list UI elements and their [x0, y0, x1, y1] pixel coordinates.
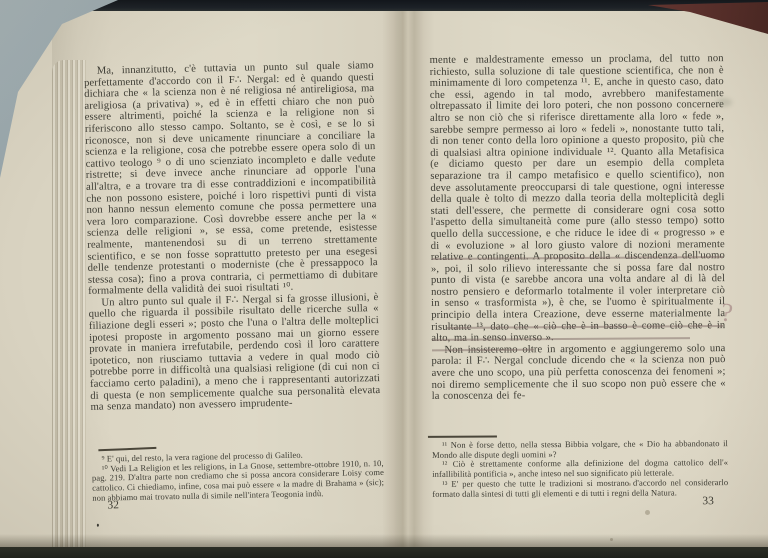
right-page-footnotes: ¹¹ Non è forse detto, nella stessa Bibbi…: [432, 439, 728, 499]
cover-bottom-edge: [0, 547, 768, 558]
page-bottom-shadow: [0, 534, 768, 547]
paper-speck: [628, 483, 631, 486]
book-scan-root: Ma, innanzitutto, c'è tuttavia un punto …: [0, 0, 768, 558]
paper-speck: [645, 510, 650, 515]
footnote-rule-right: [428, 436, 497, 438]
paper-smudge: [716, 98, 732, 107]
footnote: ¹³ E' per questo che tutte le tradizioni…: [432, 478, 728, 499]
book-gutter-shadow: [382, 4, 434, 548]
body-paragraph: Non insisteremo oltre in argomento e agg…: [431, 343, 725, 403]
body-paragraph: mente e maldestramente emesso un proclam…: [430, 53, 726, 345]
page-number-right: 33: [702, 495, 714, 507]
